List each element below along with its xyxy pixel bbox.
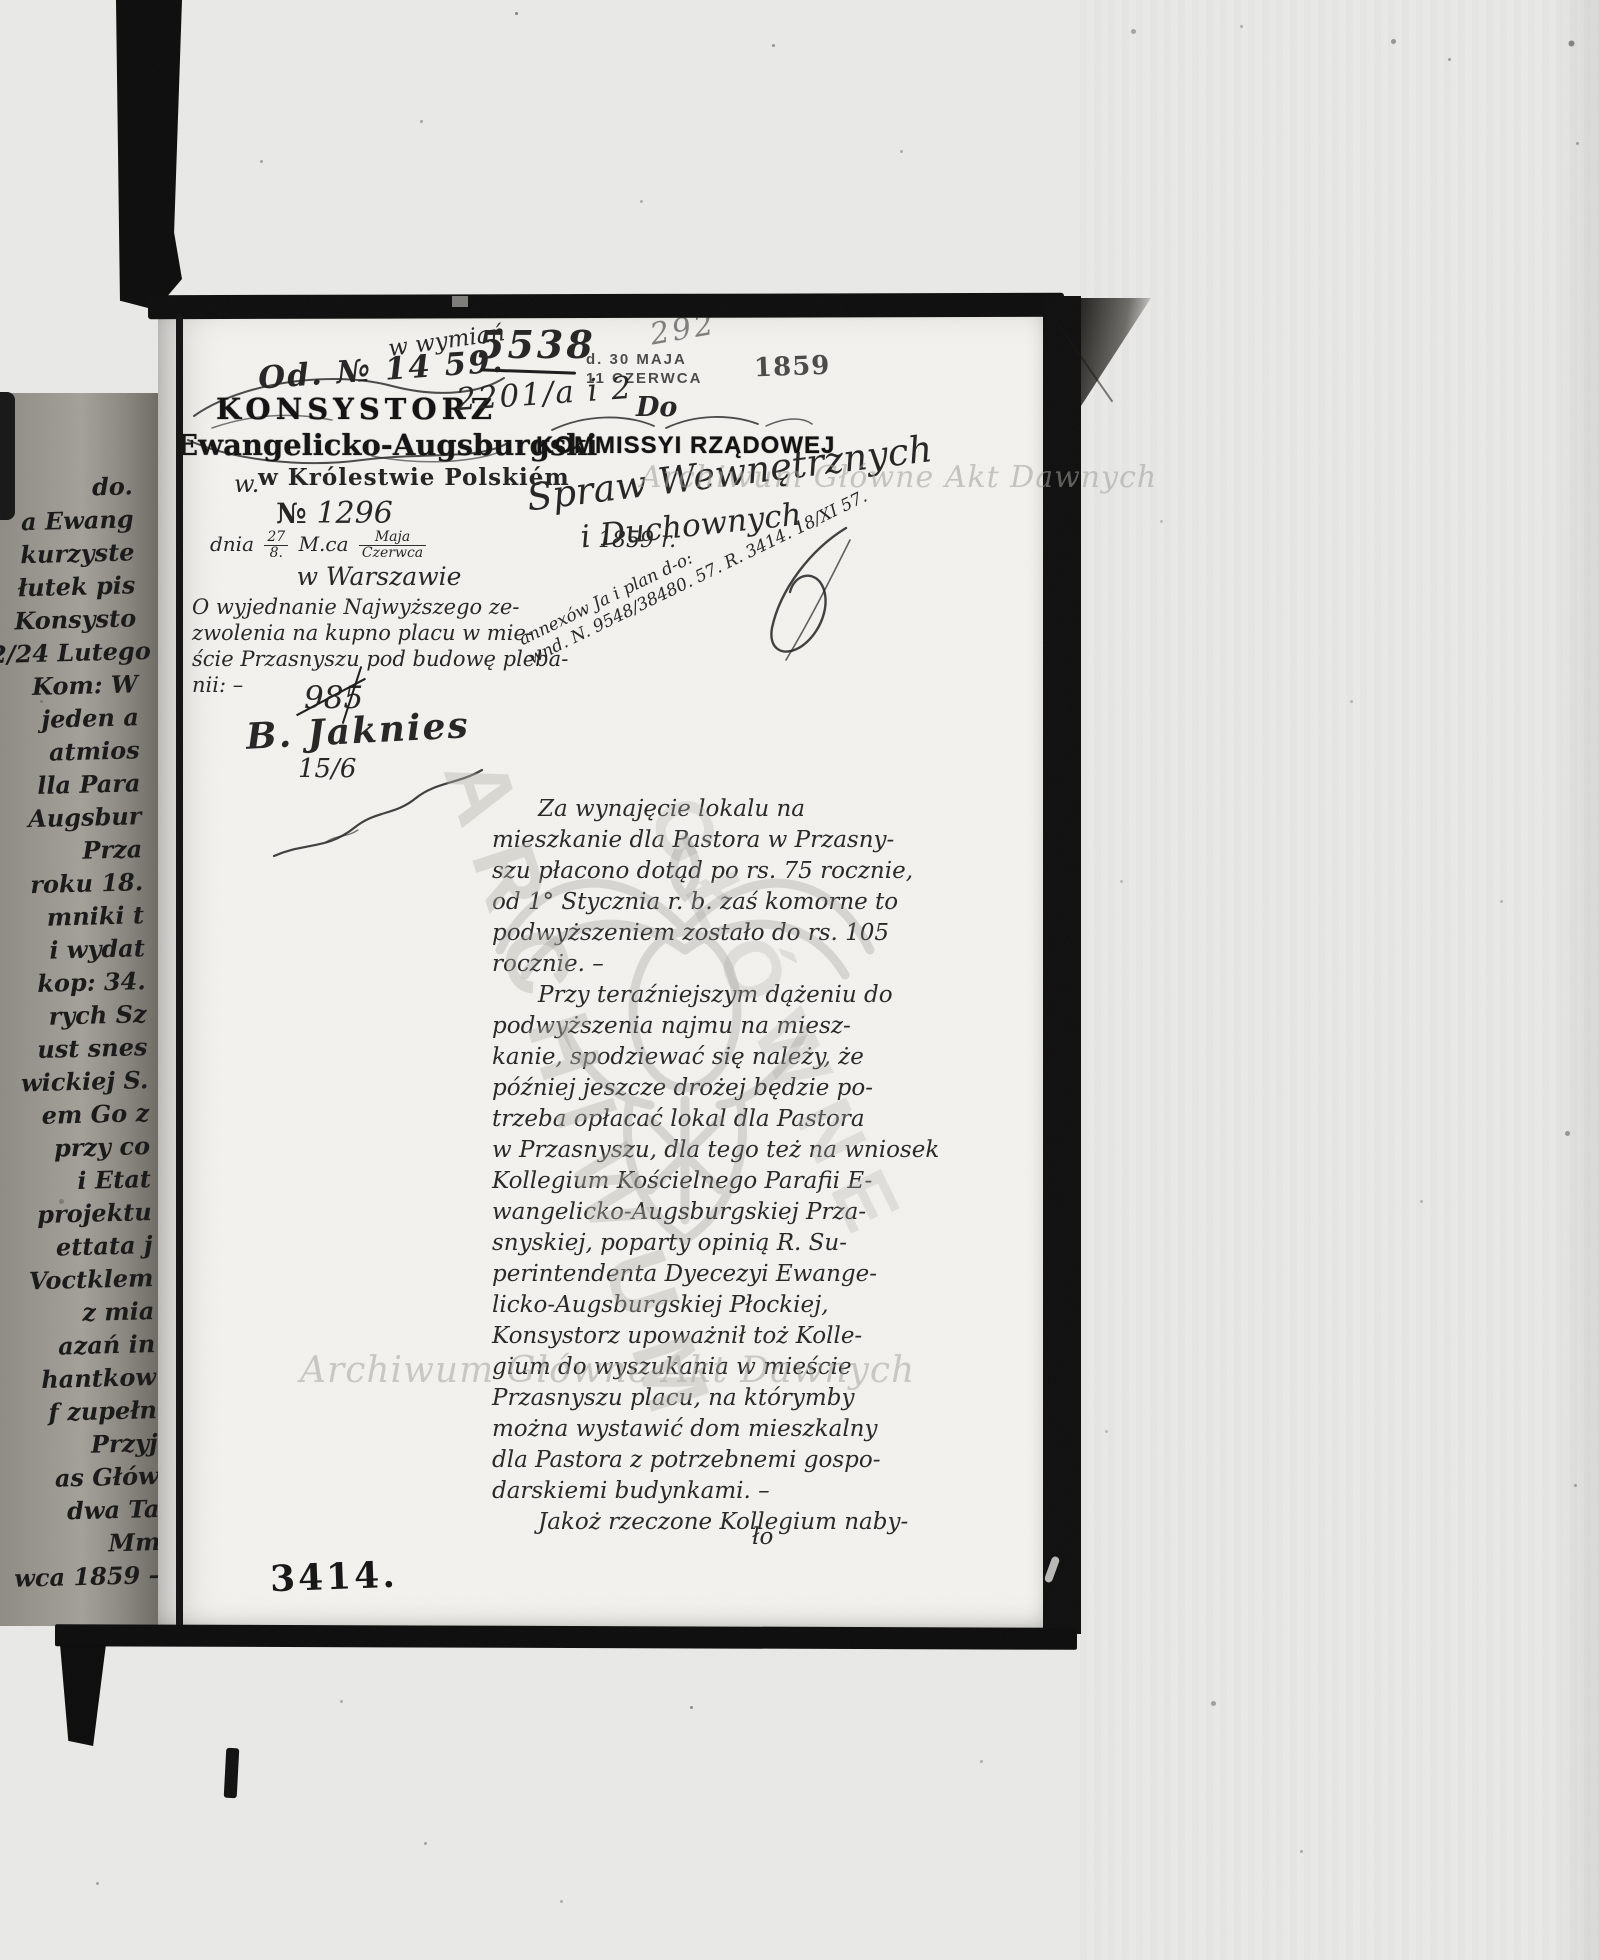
left-fragment: azań in xyxy=(8,1327,158,1364)
date-day-old: 27 xyxy=(264,530,288,546)
left-fragment: Kom: W xyxy=(0,667,143,704)
left-fragment: i wydat xyxy=(0,931,150,968)
previous-page-edge: do. a Ewang kurzyste łutek pis Konsysto … xyxy=(0,393,158,1626)
date-day-new: 8. xyxy=(264,546,288,561)
left-fragment: Augsbur xyxy=(0,799,147,836)
paraph-icon xyxy=(750,520,870,670)
film-blob xyxy=(0,392,15,520)
page-bottom-edge xyxy=(55,1624,1077,1650)
archival-scan-photo: do. a Ewang kurzyste łutek pis Konsysto … xyxy=(0,0,1600,1960)
left-fragment: kop: 34. xyxy=(0,964,151,1001)
left-fragment: do. xyxy=(0,469,138,506)
subject-line: O wyjednanie Najwyższego ze- xyxy=(192,594,536,620)
left-fragment: dwa Ta xyxy=(12,1492,158,1529)
left-fragment: roku 18. xyxy=(0,865,149,902)
letterhead-number: №1296 xyxy=(276,496,393,531)
watermark-text: Archiwum Główne Akt Dawnych xyxy=(300,1350,915,1391)
left-fragment: hantkow xyxy=(9,1360,158,1397)
film-edge-stub xyxy=(60,1644,106,1746)
body-line: Jakoż rzeczone Kollegium naby- xyxy=(492,1507,928,1538)
letterhead-place: w Warszawie xyxy=(276,562,482,591)
date-word: dnia xyxy=(210,532,254,556)
subject-line: zwolenia na kupno placu w mie- xyxy=(192,620,536,646)
left-fragment: Prza xyxy=(0,832,148,869)
left-fragment: em Go z xyxy=(2,1096,155,1133)
letterhead-subtitle: Ewangelicko-Augsburgski xyxy=(176,428,520,462)
date-mca: M.ca xyxy=(299,532,349,556)
body-line: licko-Augsburgskiej Płockiej, xyxy=(492,1290,928,1321)
left-fragment: Przyj xyxy=(10,1426,158,1463)
left-fragment: lla Para xyxy=(0,766,146,803)
subject-line: ście Przasnyszu pod budowę pleba- xyxy=(192,646,536,672)
left-fragment: przy co xyxy=(3,1129,156,1166)
date-day-fraction: 27 8. xyxy=(264,530,288,561)
catchword: ło xyxy=(752,1524,773,1550)
left-fragment: mniki t xyxy=(0,898,149,935)
left-fragment: wca 1859 — xyxy=(14,1558,158,1595)
left-fragment: ust snes xyxy=(0,1030,153,1067)
left-fragment: wickiej S. xyxy=(1,1063,154,1100)
registry-number-main: 5538 xyxy=(478,322,596,367)
film-mark xyxy=(224,1748,240,1799)
signature: B. Jaknies xyxy=(245,704,471,758)
subject-block: O wyjednanie Najwyższego ze- zwolenia na… xyxy=(192,594,536,698)
left-fragment: jeden a xyxy=(0,700,144,737)
left-fragment: projektu xyxy=(4,1195,157,1232)
subject-line: nii: – xyxy=(192,672,536,698)
number-value: 1296 xyxy=(316,496,392,531)
left-fragment: 2/24 Lutego xyxy=(0,634,142,671)
left-fragment: Voctklem xyxy=(6,1261,158,1298)
watermark-text: Archiwum Główne Akt Dawnych xyxy=(640,460,1157,495)
page-right-edge xyxy=(1043,296,1081,1634)
date-month-new: Czerwca xyxy=(359,546,426,561)
previous-page-text: do. a Ewang kurzyste łutek pis Konsysto … xyxy=(0,469,158,1595)
left-fragment: a Ewang xyxy=(0,502,139,539)
body-line: darskiemi budynkami. – xyxy=(492,1476,928,1507)
film-edge-bar xyxy=(116,0,182,310)
left-fragment: ettata j xyxy=(5,1228,158,1265)
left-fragment: Mm xyxy=(13,1525,158,1562)
left-fragment: kurzyste xyxy=(0,535,140,572)
left-fragment: f zupełn xyxy=(10,1393,158,1430)
left-fragment: z mia xyxy=(7,1294,158,1331)
left-fragment: atmios xyxy=(0,733,145,770)
page-top-edge-notch xyxy=(452,296,468,307)
body-line: dla Pastora z potrzebnemi gospo- xyxy=(492,1445,928,1476)
film-streaks xyxy=(1080,0,1600,1960)
page-number: 3414. xyxy=(269,1554,398,1600)
number-sign: № xyxy=(276,497,306,530)
left-fragment: rych Sz xyxy=(0,997,152,1034)
letterhead-date: dnia 27 8. M.ca Maja Czerwca xyxy=(210,530,430,561)
film-edge-shade xyxy=(1552,0,1600,1960)
eagle-watermark-icon xyxy=(470,800,900,1270)
date-month-fraction: Maja Czerwca xyxy=(359,530,426,561)
letterhead-territory: w Królestwie Polskiém xyxy=(258,464,492,491)
left-fragment: i Etat xyxy=(3,1162,156,1199)
book-gutter-line xyxy=(176,314,183,1630)
dust-specks xyxy=(515,12,518,15)
left-fragment: Konsysto xyxy=(0,601,142,638)
left-fragment: as Głów xyxy=(11,1459,158,1496)
stamp-year: 1859 xyxy=(753,351,830,384)
left-fragment: łutek pis xyxy=(0,568,141,605)
date-month-old: Maja xyxy=(359,530,426,546)
territory-prefix-note: w. xyxy=(234,470,259,498)
page-top-edge xyxy=(148,293,1064,319)
letterhead-title: KONSYSTORZ xyxy=(216,392,480,426)
